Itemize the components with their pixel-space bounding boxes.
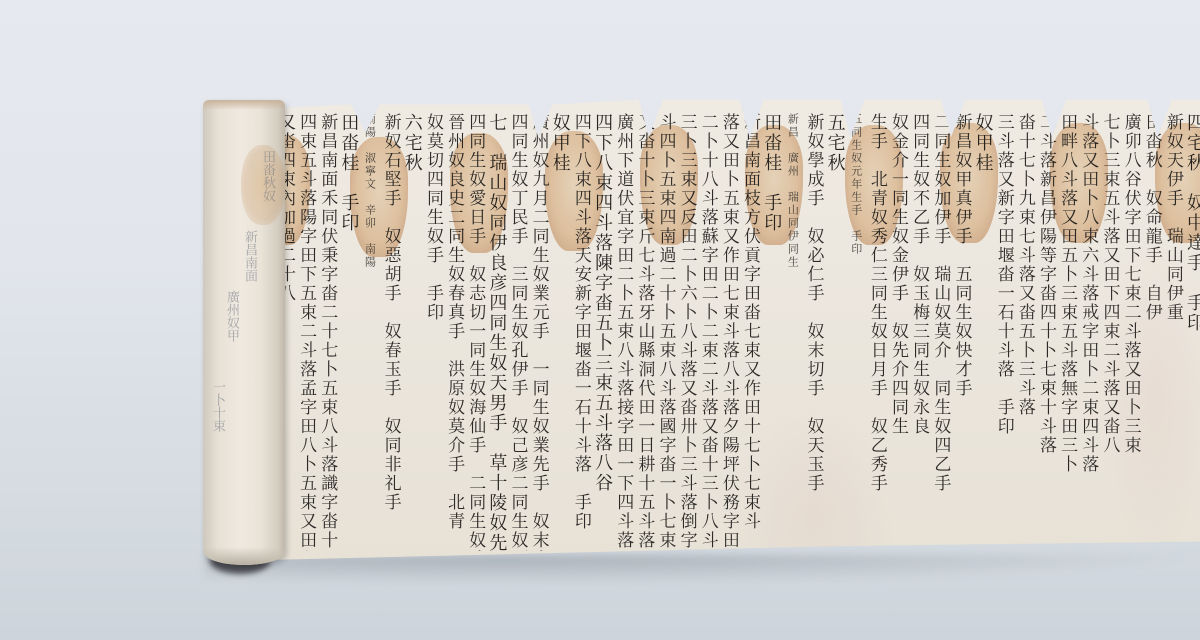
text-column: 廣州下道伏宜字田二卜五束八斗落接字田一下四斗落 <box>613 113 634 551</box>
text-column: 四同生奴不乙手 奴玉梅三同生奴永良 <box>909 113 930 551</box>
text-column: 斗落又田卜八束六斗落戒字田卜二束四斗落 <box>1078 113 1099 551</box>
text-column: 五同生奴元年生手 手印 <box>846 113 867 551</box>
text-column: 田畓桂 手印 <box>338 113 359 551</box>
text-column: 奴甲桂 <box>550 113 571 551</box>
text-column: 新昌南面枝方伏貢字田畓七束又作田十七卜七束斗 <box>740 113 761 551</box>
text-column: 三卜三束又反田二卜六卜八斗落又畓卅卜三斗落倒字田二落 <box>676 113 697 551</box>
text-column: 三斗落又新字田堰畓一石十斗落 手印 <box>994 113 1015 551</box>
text-column: 新奴天伊手 瑞山同伊重 <box>1163 113 1184 551</box>
text-column: 新昌南面禾同伏秉字畓二十七卜五束八斗落識字畓十五卜 <box>317 113 338 551</box>
text-column: 四束五斗落陽字田下五束二斗落孟字田八卜五束又田七卜八 <box>296 113 317 551</box>
text-column: 新昌 廣州 瑞山同伊同生 <box>782 113 803 551</box>
text-column: 奴莫切四同生奴手 手印 <box>423 113 444 551</box>
faded-roll-text: 廣州奴甲 <box>223 290 239 342</box>
text-column: 又畓十卜三束斤七斗落牙山縣洞代田一日耕十五斗落 <box>634 113 655 551</box>
faded-roll-text: 田畓秋奴 <box>259 150 275 202</box>
section-heading: 六宅秋 <box>402 113 423 551</box>
section-heading: 五宅秋 <box>824 113 845 551</box>
faded-roll-text: 新昌南面 <box>241 230 257 282</box>
text-column: 新奴石堅手 奴惡胡手 奴春玉手 奴同非礼手 <box>381 113 402 551</box>
scroll-cast-shadow <box>205 555 1200 585</box>
text-column: 七 瑞山奴同伊良彦四同生奴天男手 草十陵奴先介一 <box>486 113 507 551</box>
text-column: 四宅秋 奴中達手 手印 <box>1184 113 1200 551</box>
roll-bottom-edge <box>203 547 285 565</box>
text-column: 四下八束四斗落天安新字田堰畓一石十斗落 手印 <box>571 113 592 551</box>
photo-scene: 四宅秋 奴中達手 手印 新奴天伊手 瑞山同伊重 田畓秋 奴命龍手 自伊 廣卯八谷… <box>0 0 1200 640</box>
text-column: 新昌奴甲真伊手 五同生奴快才手 <box>951 113 972 551</box>
text-column: 南陽 淑寧文 辛卯 南陽 <box>359 113 380 551</box>
text-column: 四下八束四斗落陳字畓五卜三束五斗落八谷 <box>592 113 613 551</box>
roll-top-edge <box>203 100 285 110</box>
text-column: 七卜三束五斗落又田下四束二斗落又畓八 <box>1099 113 1120 551</box>
text-column: 二斗落新昌伊陽等字畓四十卜七束十斗落 <box>1036 113 1057 551</box>
text-column: 廣州奴九月二同生奴業元手 一同生奴業先手 奴末生 <box>529 113 550 551</box>
text-column: 廣卯八谷伏字田下七束二斗落又田卜三束 <box>1120 113 1141 551</box>
text-column: 四同生奴丁民手 三同生奴孔伊手 奴己彦二同生奴順日手 <box>507 113 528 551</box>
text-column: 四同生奴愛日手 奴志切一同生奴海仙手 二同生奴戒先 <box>465 113 486 551</box>
text-column: 新奴學成手 奴必仁手 奴末切手 奴天玉手 <box>803 113 824 551</box>
text-column: 田畓秋 奴命龍手 自伊 <box>1142 113 1163 551</box>
text-column: 二同生奴加伊手 瑞山奴莫介 同生奴四乙手 <box>930 113 951 551</box>
faded-roll-text: 一卜十束 <box>209 380 225 432</box>
text-column: 落又田卜五束又作田七束斗落八斗落夕陽坪伏務字田二卜 <box>719 113 740 551</box>
text-column: 畓十七卜九束七斗落又畓五卜三斗落 <box>1015 113 1036 551</box>
text-column: 奴甲桂 <box>972 113 993 551</box>
rolled-scroll-cylinder: 田畓秋奴 新昌南面 廣州奴甲 一卜十束 <box>203 100 285 565</box>
text-column: 二卜十八斗落蘇字田二卜二束二斗落又畓十三卜八斗落又畓 <box>698 113 719 551</box>
calligraphy-columns: 四宅秋 奴中達手 手印 新奴天伊手 瑞山同伊重 田畓秋 奴命龍手 自伊 廣卯八谷… <box>275 113 1200 551</box>
unrolled-scroll-sheet: 四宅秋 奴中達手 手印 新奴天伊手 瑞山同伊重 田畓秋 奴命龍手 自伊 廣卯八谷… <box>255 95 1200 565</box>
text-column: 生手 北青奴秀仁三同生奴日月手 奴乙秀手 <box>867 113 888 551</box>
text-column: 田畓桂 手印 <box>761 113 782 551</box>
text-column: 田畔八斗落又田五卜三束五斗落無字田三卜 <box>1057 113 1078 551</box>
text-column: 斗四卜五束四南過二十卜五束八斗落國字畓一卜七束 <box>655 113 676 551</box>
text-column: 奴金介一同生奴金伊手 奴先介四同生 <box>888 113 909 551</box>
text-column: 晉州奴良史二同生奴春真手 洪原奴莫介手 北青 <box>444 113 465 551</box>
